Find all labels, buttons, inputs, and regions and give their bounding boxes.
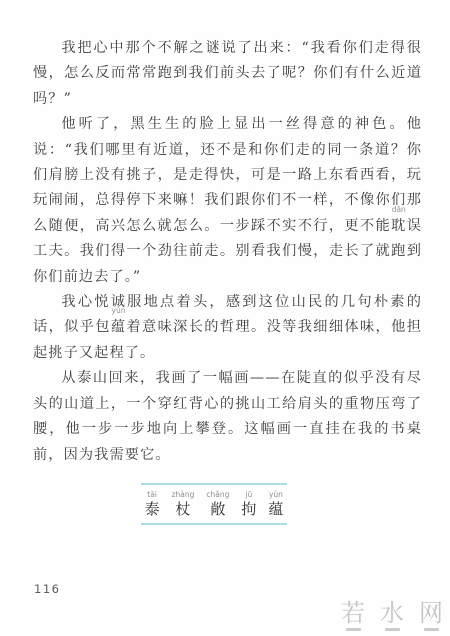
page-number: 116 (34, 582, 60, 596)
vocab-pinyin: yùn (269, 491, 283, 499)
vocab-pinyin: tài (147, 491, 157, 499)
pinyin-annotation: yùn (112, 307, 126, 315)
vocab-word: yùn蕴 (268, 491, 283, 518)
textbook-page: 我把心中那个不解之谜说了出来：“我看你们走得很慢，怎么反而常常跑到我们前头去了呢… (0, 0, 450, 636)
new-words-row: tài泰zhàng杖chǎng敞jū拘yùn蕴 (141, 491, 287, 518)
watermark-subtext (424, 628, 439, 631)
vocab-char: 敞 (210, 500, 225, 518)
vocab-char: 拘 (241, 500, 256, 518)
vocab-word: tài泰 (145, 491, 160, 518)
vocab-char: 泰 (145, 500, 160, 518)
vocab-pinyin: jū (245, 491, 252, 499)
vocab-word: zhàng杖 (172, 491, 195, 518)
paragraph: 从泰山回来，我画了一幅画——在陡直的似乎没有尽头的山道上，一个穿红背心的挑山工给… (33, 366, 422, 468)
watermark-subtext (346, 628, 361, 631)
pinyin-annotation: dān (392, 206, 406, 214)
vocab-pinyin: zhàng (172, 491, 195, 499)
watermark-char: 若 (341, 600, 365, 631)
pinyin-annotated-char: yùn蕴 (111, 315, 126, 340)
lesson-text: 我把心中那个不解之谜说了出来：“我看你们走得很慢，怎么反而常常跑到我们前头去了呢… (33, 36, 422, 468)
vocab-word: jū拘 (241, 491, 256, 518)
new-words-band: tài泰zhàng杖chǎng敞jū拘yùn蕴 (141, 483, 287, 525)
paragraph: 我心悦诚服地点着头，感到这位山民的几句朴素的话，似乎包yùn蕴着意味深长的哲理。… (33, 290, 422, 366)
vocab-char: 蕴 (268, 500, 283, 518)
watermark-subtext (385, 628, 400, 631)
paragraph: 他听了，黑生生的脸上显出一丝得意的神色。他说：“我们哪里有近道，还不是和你们走的… (33, 112, 422, 290)
pinyin-annotated-char: dān耽 (391, 214, 406, 239)
watermark: 若水网 (341, 600, 443, 631)
watermark-char: 网 (419, 600, 443, 631)
vocab-word: chǎng敞 (206, 491, 229, 518)
paragraph: 我把心中那个不解之谜说了出来：“我看你们走得很慢，怎么反而常常跑到我们前头去了呢… (33, 36, 422, 112)
watermark-char: 水 (380, 600, 404, 631)
vocab-char: 杖 (175, 500, 190, 518)
vocab-pinyin: chǎng (206, 491, 229, 499)
